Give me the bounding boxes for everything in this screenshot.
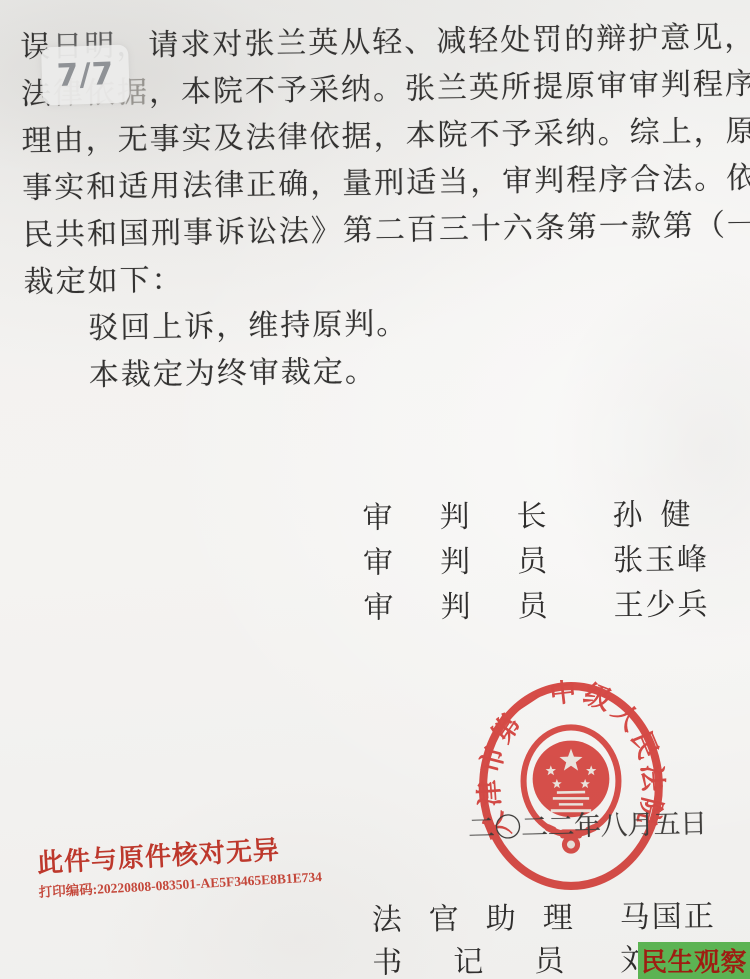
judges-signature-block: 审判长孙健 审判员张玉峰 审判员王少兵 [362, 492, 709, 631]
verification-stamp: 此件与原件核对无异 打印编码:20220808-083501-AE5F3465E… [36, 827, 322, 901]
document-date: 二〇二二年八月五日 [468, 802, 707, 846]
judge-role: 审判长 [362, 493, 612, 541]
staff-name: 马国正 [620, 895, 716, 939]
body-line2-rest: ，本院不予采纳。张兰英所提原审审判程序违法的上诉 [149, 65, 750, 109]
judge-role: 审判员 [363, 583, 613, 631]
staff-role: 法官助理 [372, 896, 620, 942]
body-line1-rest: ，请求对张兰英从轻、减轻处罚的辩护意见，无事实及 [116, 19, 750, 63]
ruling-line: 本裁定为终审裁定。 [25, 343, 742, 400]
court-official-seal: 天津市第一中级人民法院 [474, 680, 668, 892]
watermark-text: 民生观察 [641, 942, 747, 979]
judge-role: 审判员 [363, 538, 613, 586]
staff-role: 书记员 [372, 939, 620, 979]
staff-row: 法官助理马国正 [372, 895, 716, 942]
body-line: 民共和国刑事诉讼法》第二百三十六条第一款第（一）项之规定， [23, 202, 740, 259]
judge-name: 张玉峰 [613, 537, 709, 583]
page-counter-label: 7/7 [56, 56, 115, 94]
judge-name: 孙健 [612, 492, 708, 538]
judge-row: 审判员张玉峰 [363, 537, 709, 586]
watermark-badge: 民生观察 [638, 942, 750, 979]
judge-row: 审判员王少兵 [363, 582, 709, 631]
judge-row: 审判长孙健 [362, 492, 708, 541]
court-ruling-photo: 误日明，请求对张兰英从轻、减轻处罚的辩护意见，无事实及 法律依据，本院不予采纳。… [0, 0, 750, 979]
judge-name: 王少兵 [613, 582, 709, 628]
page-counter-badge: 7/7 [41, 44, 130, 105]
